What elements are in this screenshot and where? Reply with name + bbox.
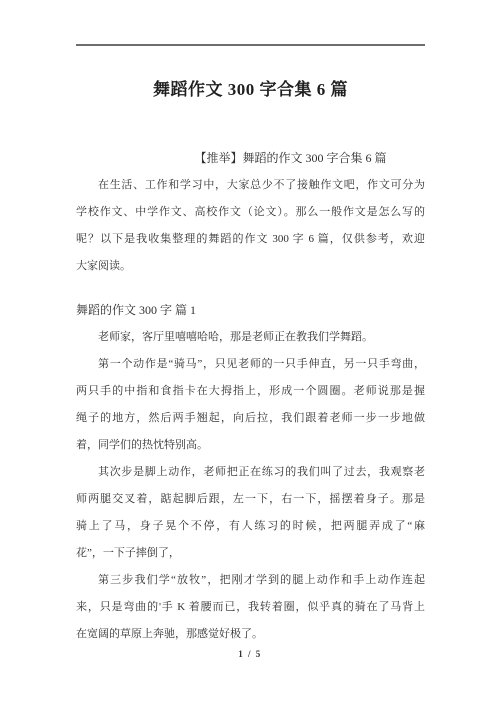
essay-paragraph: 其次步是脚上动作，老师把正在练习的我们叫了过去，我观察老 师两腿交叉着，踮起脚后…	[76, 459, 425, 567]
document-title: 舞蹈作文 300 字合集 6 篇	[76, 79, 425, 100]
text-line: 大家阅读。	[76, 253, 425, 280]
text-line: 着，同学们的热忱特别高。	[76, 432, 425, 459]
text-line: 骑上了马，身子晃个不停，有人练习的时候，把两腿弄成了“麻	[76, 513, 425, 540]
text-line: 第一个动作是“骑马”，只见老师的一只手伸直，另一只手弯曲，	[76, 351, 425, 378]
page-content: 舞蹈作文 300 字合集 6 篇 【推举】舞蹈的作文 300 字合集 6 篇 在…	[76, 44, 425, 648]
text-line: 两只手的中指和食指卡在大拇指上，形成一个圆圈。老师说那是握	[76, 378, 425, 405]
text-line: 花”，一下子摔倒了，	[76, 540, 425, 567]
text-line: 来，只是弯曲的'手 K 着腰而已，我转着圈，似乎真的骑在了马背上	[76, 594, 425, 621]
essay-paragraph: 第三步我们学“放牧”，把刚才学到的腿上动作和手上动作连起 来，只是弯曲的'手 K…	[76, 567, 425, 648]
text-line: 在生活、工作和学习中，大家总少不了接触作文吧，作文可分为	[76, 172, 425, 199]
page-number: 1 / 5	[0, 649, 500, 659]
text-line: 学校作文、中学作文、高校作文（论文）。那么一般作文是怎么写的	[76, 199, 425, 226]
header-rule	[76, 44, 425, 46]
intro-paragraph: 在生活、工作和学习中，大家总少不了接触作文吧，作文可分为 学校作文、中学作文、高…	[76, 172, 425, 280]
text-line: 第三步我们学“放牧”，把刚才学到的腿上动作和手上动作连起	[76, 567, 425, 594]
essay-paragraph: 第一个动作是“骑马”，只见老师的一只手伸直，另一只手弯曲， 两只手的中指和食指卡…	[76, 351, 425, 459]
text-line: 其次步是脚上动作，老师把正在练习的我们叫了过去，我观察老	[76, 459, 425, 486]
essay-paragraph: 老师家，客厅里嘻嘻哈哈，那是老师正在教我们学舞蹈。	[76, 324, 425, 351]
text-line: 绳子的地方，然后两手翘起，向后拉，我们跟着老师一步一步地做	[76, 405, 425, 432]
section-heading: 舞蹈的作文 300 字 篇 1	[76, 297, 425, 324]
text-line: 老师家，客厅里嘻嘻哈哈，那是老师正在教我们学舞蹈。	[76, 324, 425, 351]
text-line: 呢？以下是我收集整理的舞蹈的作文 300 字 6 篇，仅供参考，欢迎	[76, 226, 425, 253]
document-page: 舞蹈作文 300 字合集 6 篇 【推举】舞蹈的作文 300 字合集 6 篇 在…	[0, 0, 500, 707]
text-line: 在宽阔的草原上奔驰，那感觉好极了。	[76, 621, 425, 648]
document-subtitle: 【推举】舞蹈的作文 300 字合集 6 篇	[116, 145, 465, 172]
text-line: 师两腿交叉着，踮起脚后跟，左一下，右一下，摇摆着身子。那是	[76, 486, 425, 513]
